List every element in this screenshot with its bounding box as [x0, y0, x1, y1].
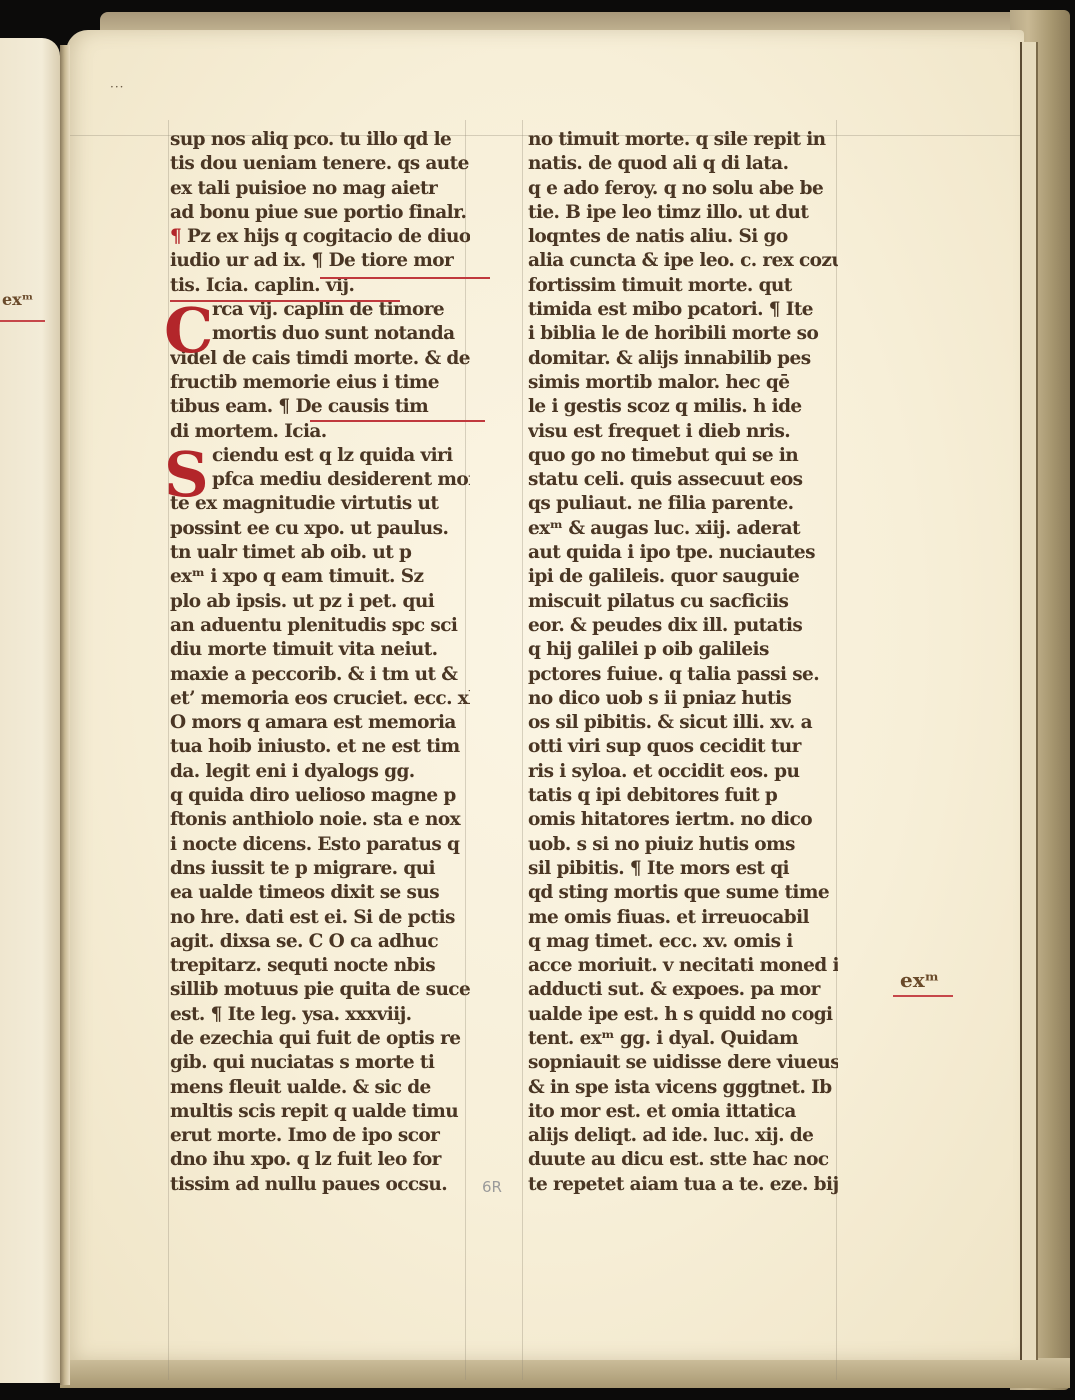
rubric-underline [170, 300, 400, 302]
text-line: ¶ Pz ex hijs q cogitacio de diuo [170, 225, 470, 249]
text-line: alijs deliqt. ad ide. luc. xij. de [528, 1124, 838, 1148]
text-line: tatis q ipi debitores fuit p [528, 784, 838, 808]
text-line: ex tali puisioe no mag aietr [170, 177, 470, 201]
text-line: fructib memorie eius i time [170, 371, 470, 395]
text-line: ciendu est q lz quida viri [170, 444, 470, 468]
text-line: ito mor est. et omia ittatica [528, 1100, 838, 1124]
text-line: ipi de galileis. quor sauguie [528, 565, 838, 589]
text-line: & in spe ista vicens gggtnet. Ib [528, 1076, 838, 1100]
text-line: no timuit morte. q sile repit in [528, 128, 838, 152]
text-line: me omis fiuas. et irreuocabil [528, 906, 838, 930]
text-line: i nocte dicens. Esto paratus q [170, 833, 470, 857]
page-block-edges [1020, 42, 1038, 1360]
text-line: i biblia le de horibili morte so [528, 322, 838, 346]
text-line: simis mortib malor. hec qē [528, 371, 838, 395]
text-line: ualde ipe est. h s quidd no cogi [528, 1003, 838, 1027]
text-line: te repetet aiam tua a te. eze. bij. [528, 1173, 838, 1197]
text-line: ad bonu piue sue portio finalr. [170, 201, 470, 225]
text-line: tent. exᵐ gg. i dyal. Quidam [528, 1027, 838, 1051]
text-line: an aduentu plenitudis spc sci [170, 614, 470, 638]
text-line: os sil pibitis. & sicut illi. xv. a [528, 711, 838, 735]
text-line: sup nos aliq pco. tu illo qd le [170, 128, 470, 152]
text-line: natis. de quod ali q di lata. [528, 152, 838, 176]
text-line: de ezechia qui fuit de optis re [170, 1027, 470, 1051]
text-line: tua hoib iniusto. et ne est tim [170, 735, 470, 759]
text-line: O mors q amara est memoria [170, 711, 470, 735]
text-line: tn ualr timet ab oib. ut p [170, 541, 470, 565]
text-line: pfca mediu desiderent mor [170, 468, 470, 492]
folio-pencil-number: 6R [482, 1178, 502, 1196]
text-line: agit. dixsa se. C O ca adhuc [170, 930, 470, 954]
text-line: quo go no timebut qui se in [528, 444, 838, 468]
facing-left-page [0, 38, 60, 1383]
text-line: dno ihu xpo. q lz fuit leo for [170, 1148, 470, 1172]
text-line: tie. B ipe leo timz illo. ut dut [528, 201, 838, 225]
text-line: iudio ur ad ix. ¶ De tiore mor [170, 249, 470, 273]
top-margin-mark: ··· [110, 80, 124, 94]
text-line: q e ado feroy. q no solu abe be [528, 177, 838, 201]
text-line: alia cuncta & ipe leo. c. rex cozu [528, 249, 838, 273]
text-line: otti viri sup quos cecidit tur [528, 735, 838, 759]
text-line: est. ¶ Ite leg. ysa. xxxviij. [170, 1003, 470, 1027]
text-line: tissim ad nullu paues occsu. [170, 1173, 470, 1197]
text-line: ris i syloa. et occidit eos. pu [528, 760, 838, 784]
text-line: possint ee cu xpo. ut paulus. [170, 517, 470, 541]
text-line: plo ab ipsis. ut pz i pet. qui [170, 590, 470, 614]
text-line: domitar. & alijs innabilib pes [528, 347, 838, 371]
text-line: aut quida i ipo tpe. nuciautes [528, 541, 838, 565]
text-line: no hre. dati est ei. Si de pctis [170, 906, 470, 930]
text-line: pctores fuiue. q talia passi se. [528, 663, 838, 687]
text-line: sopniauit se uidisse dere viueus [528, 1051, 838, 1075]
rubric-underline [320, 277, 490, 279]
text-line: te ex magnitudie virtutis ut [170, 492, 470, 516]
ruling-line-vertical [522, 120, 523, 1380]
text-line: uob. s si no piuiz hutis oms [528, 833, 838, 857]
text-line: miscuit pilatus cu sacficiis [528, 590, 838, 614]
left-text-column: sup nos aliq pco. tu illo qd letis dou u… [170, 128, 470, 1197]
text-line: fortissim timuit morte. qut [528, 274, 838, 298]
text-line: mortis duo sunt notanda [170, 322, 470, 346]
text-line: qs puliaut. ne filia parente. [528, 492, 838, 516]
text-line: exᵐ & augas luc. xiij. aderat [528, 517, 838, 541]
text-line: tis dou ueniam tenere. qs aute [170, 152, 470, 176]
text-line: omis hitatores iertm. no dico [528, 808, 838, 832]
text-line: di mortem. Icia. [170, 420, 470, 444]
margin-note-underline [893, 995, 953, 997]
text-line: et’ memoria eos cruciet. ecc. xli. [170, 687, 470, 711]
text-line: exᵐ i xpo q eam timuit. Sz [170, 565, 470, 589]
text-line: sillib motuus pie quita de suce [170, 978, 470, 1002]
text-line: qd sting mortis que sume time [528, 881, 838, 905]
text-line: videl de cais timdi morte. & de [170, 347, 470, 371]
rubric-underline [310, 420, 485, 422]
left-page-margin-note: exᵐ [2, 290, 33, 309]
text-line: ftonis anthiolo noie. sta e nox [170, 808, 470, 832]
text-line: tibus eam. ¶ De causis tim [170, 395, 470, 419]
text-line: eor. & peudes dix ill. putatis [528, 614, 838, 638]
text-line: q hij galilei p oib galileis [528, 638, 838, 662]
text-line: mens fleuit ualde. & sic de [170, 1076, 470, 1100]
right-margin-note: exᵐ [900, 968, 939, 992]
text-line: maxie a peccorib. & i tm ut & [170, 663, 470, 687]
text-line: da. legit eni i dyalogs gg. [170, 760, 470, 784]
rubricated-initial-s: S [164, 444, 209, 506]
book-cover-bottom-edge [60, 1358, 1070, 1388]
text-line: visu est frequet i dieb nris. [528, 420, 838, 444]
right-text-column: no timuit morte. q sile repit innatis. d… [528, 128, 838, 1197]
text-line: dns iussit te p migrare. qui [170, 857, 470, 881]
text-line: sil pibitis. ¶ Ite mors est qi [528, 857, 838, 881]
text-line: multis scis repit q ualde timu [170, 1100, 470, 1124]
book-gutter [60, 45, 70, 1385]
text-line: adducti sut. & expoes. pa mor [528, 978, 838, 1002]
text-line: no dico uob s ii pniaz hutis [528, 687, 838, 711]
text-line: q mag timet. ecc. xv. omis i [528, 930, 838, 954]
text-line: ea ualde timeos dixit se sus [170, 881, 470, 905]
text-line: timida est mibo pcatori. ¶ Ite [528, 298, 838, 322]
text-line: gib. qui nuciatas s morte ti [170, 1051, 470, 1075]
margin-note-underline [0, 320, 45, 322]
text-line: diu morte timuit vita neiut. [170, 638, 470, 662]
text-line: le i gestis scoz q milis. h ide [528, 395, 838, 419]
text-line: statu celi. quis assecuut eos [528, 468, 838, 492]
text-line: acce moriuit. v necitati moned i [528, 954, 838, 978]
text-line: q quida diro uelioso magne p [170, 784, 470, 808]
text-line: loqntes de natis aliu. Si go [528, 225, 838, 249]
text-line: duute au dicu est. stte hac noc [528, 1148, 838, 1172]
text-line: trepitarz. sequti nocte nbis [170, 954, 470, 978]
text-line: erut morte. Imo de ipo scor [170, 1124, 470, 1148]
rubricated-initial-c: C [164, 300, 213, 362]
